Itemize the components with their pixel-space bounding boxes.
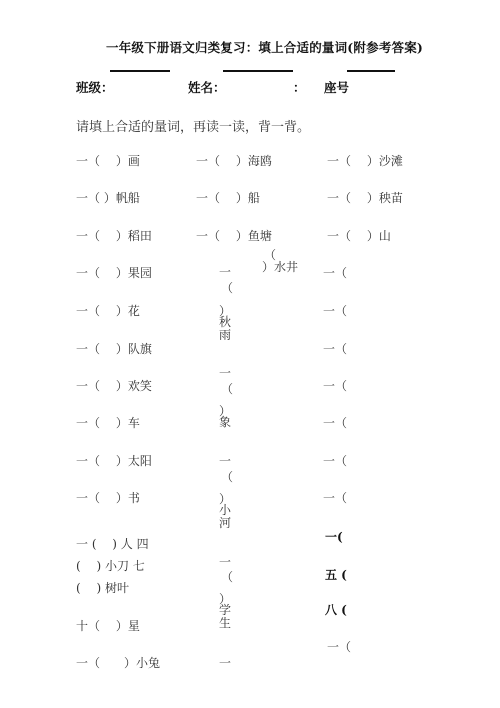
blank-item[interactable]: 一（ ）山 [327, 227, 391, 244]
blank-item[interactable]: 一（ ）小兔 [76, 654, 160, 671]
blank-item[interactable]: 一（ ）画 [76, 152, 140, 169]
blank-item-well[interactable]: ）水井 [262, 258, 298, 275]
blank-item[interactable]: 一（ [323, 302, 347, 319]
blank-item[interactable]: 一（ ）欢笑 [76, 377, 152, 394]
vertical-open: （ [221, 468, 233, 485]
blank-item[interactable]: 五 ( [325, 566, 347, 583]
blank-item[interactable]: 一（ ）队旗 [76, 340, 152, 357]
blank-item[interactable]: 一（ ）太阳 [76, 452, 152, 469]
vertical-dash: 一 [219, 263, 231, 280]
blank-item[interactable]: 一（ ）稻田 [76, 227, 152, 244]
name-label: 姓名： [188, 78, 226, 96]
blank-item[interactable]: 一（ ）秧苗 [327, 189, 403, 206]
blank-item[interactable]: 一( [325, 528, 343, 545]
name-underline [223, 70, 293, 72]
vertical-open: （ [221, 568, 233, 585]
blank-item[interactable]: 一（ ）船 [196, 189, 260, 206]
blank-item[interactable]: ( ) 树叶 [76, 579, 129, 596]
vertical-word: 学生 [218, 604, 232, 630]
vertical-open: （ [221, 380, 233, 397]
blank-item[interactable]: 一（ ）果园 [76, 264, 152, 281]
vertical-open: （ [221, 279, 233, 296]
vertical-word: 象 [218, 416, 232, 429]
vertical-word: 秋雨 [218, 316, 232, 342]
class-label: 班级： [76, 78, 114, 96]
seat-underline [347, 70, 395, 72]
colon-label: ： [293, 78, 306, 96]
blank-item[interactable]: 一（ ）书 [76, 489, 140, 506]
blank-item[interactable]: 一（ [323, 452, 347, 469]
blank-item[interactable]: 一（ [323, 264, 347, 281]
blank-item[interactable]: 一 ( ) 人 四 [76, 535, 149, 552]
page-title: 一年级下册语文归类复习：填上合适的量词(附参考答案) [106, 38, 423, 56]
vertical-dash: 一 [219, 452, 231, 469]
blank-item[interactable]: 一（ [327, 638, 351, 655]
class-underline [110, 70, 170, 72]
vertical-word: 小河 [218, 504, 232, 530]
seat-label: 座号 [324, 78, 349, 96]
blank-item[interactable]: 一（ [323, 489, 347, 506]
vertical-dash: 一 [219, 654, 231, 671]
blank-item[interactable]: 一（ [323, 340, 347, 357]
blank-item[interactable]: 一（ ）车 [76, 414, 140, 431]
blank-item[interactable]: 一（ ）海鸥 [196, 152, 272, 169]
vertical-dash: 一 [219, 364, 231, 381]
blank-item[interactable]: 一（ ）花 [76, 302, 140, 319]
blank-item[interactable]: 八 ( [325, 601, 347, 618]
blank-item[interactable]: 一（ [323, 414, 347, 431]
blank-item[interactable]: 十（ ）星 [76, 617, 140, 634]
blank-item[interactable]: 一（ ）沙滩 [327, 152, 403, 169]
blank-item[interactable]: 一（ ）帆船 [76, 189, 140, 206]
blank-item[interactable]: 一（ [323, 377, 347, 394]
blank-item[interactable]: ( ) 小刀 七 [76, 557, 145, 574]
instruction-text: 请填上合适的量词，再读一读，背一背。 [76, 116, 310, 135]
blank-item[interactable]: 一（ ）鱼塘 [196, 227, 272, 244]
